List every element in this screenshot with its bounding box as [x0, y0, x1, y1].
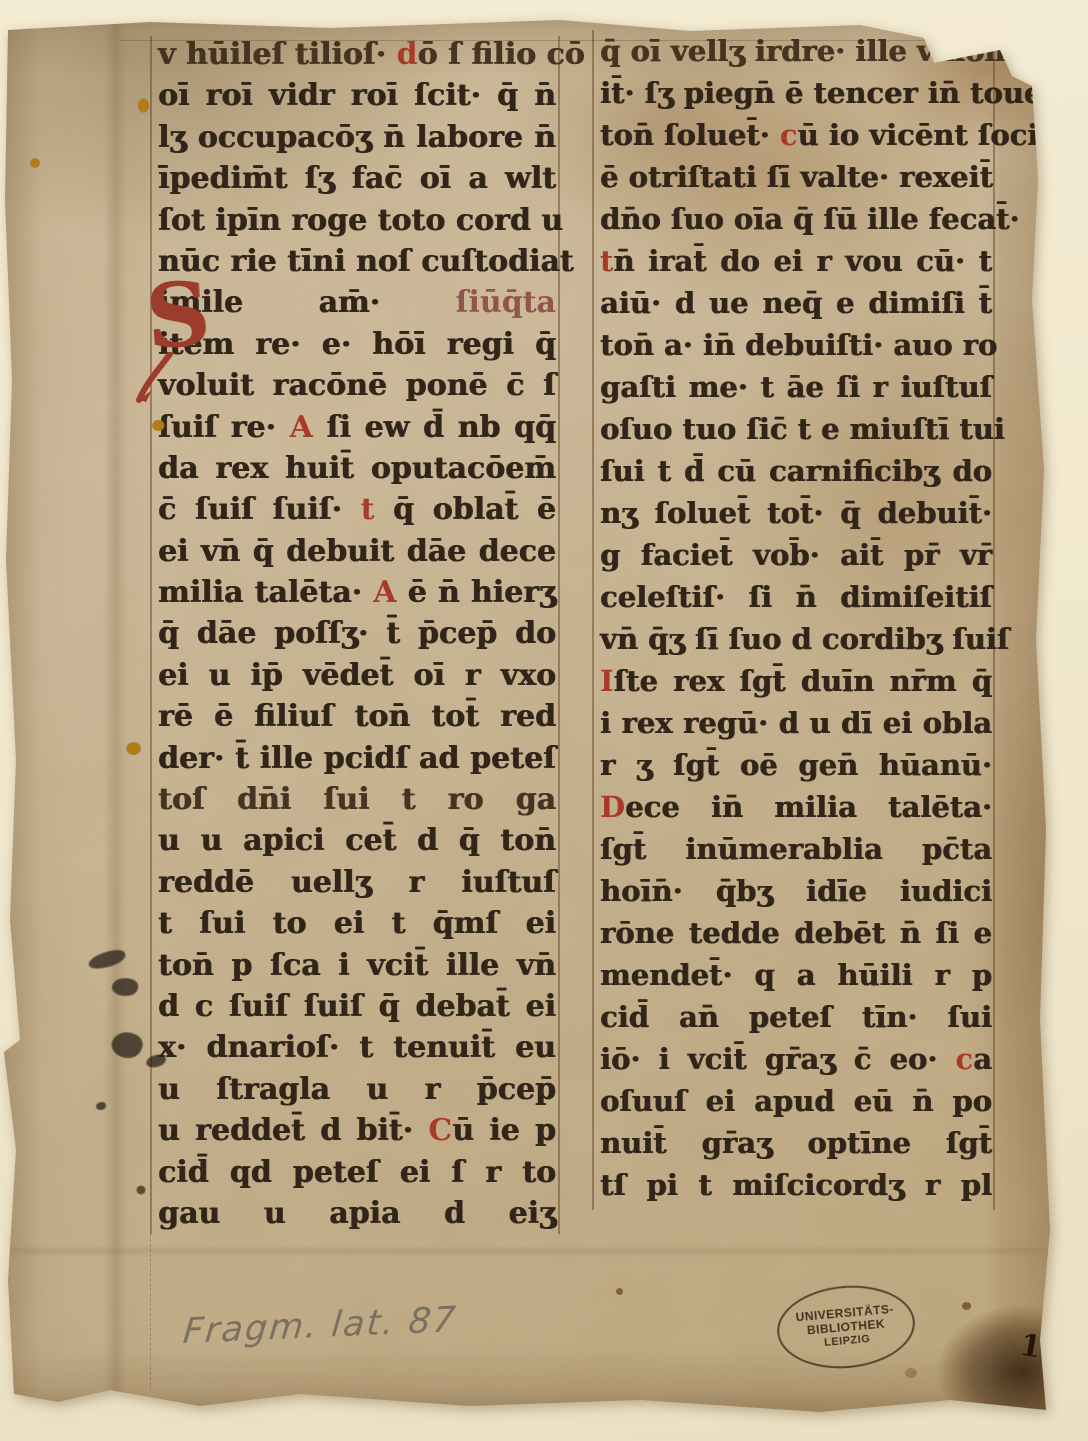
manuscript-text: q̄ oblat̄ ē	[374, 492, 556, 527]
rubricated-text: t	[600, 244, 613, 278]
text-line: Iſte rex ſgt̄ duīn nr̄m q̄	[600, 660, 992, 702]
initial-flourish-icon	[136, 352, 178, 404]
manuscript-text: item re· e· hōī regi q̄	[158, 327, 556, 362]
text-line: ei u ip̄ vēdet̄ oī r vxo	[158, 655, 556, 696]
text-line: u ſtragla u r p̄cep̄	[158, 1069, 556, 1110]
manuscript-text: nūc rie tīni noſ cuſtodiat	[158, 244, 574, 279]
text-line: da rex huit̄ oputacōem̄	[158, 448, 556, 489]
manuscript-text: d c ſuiſ ſuiſ q̄ debat̄ ei	[158, 989, 556, 1024]
manuscript-text: ū ie p	[452, 1113, 556, 1148]
manuscript-text: ſi ew d̄ nb qq̄	[313, 410, 556, 445]
sewing-hole	[152, 420, 165, 431]
text-line: ē otriſtati ſī valte· rexeit̄	[600, 156, 992, 198]
rubricated-text: c	[956, 1042, 974, 1076]
ruling-line-col-b-left	[592, 30, 594, 1210]
stain-speck	[905, 1368, 917, 1378]
text-line: rōne tedde debēt n̄ ſi e	[600, 912, 992, 954]
manuscript-text: it̄· ſʒ piegn̄ ē tencer in̄ touet	[600, 76, 1056, 110]
text-line: nʒ ſoluet̄ tot̄· q̄ debuit̄·	[600, 492, 992, 534]
manuscript-text: lʒ occupacōʒ n̄ labore n̄	[158, 120, 556, 155]
manuscript-text: toſ dn̄i ſui t ro ga	[158, 782, 556, 817]
text-line: ton̄ ſoluet̄· cū io vicēnt ſocij	[600, 114, 992, 156]
manuscript-text: t ſui to ei t q̄mſ ei	[158, 906, 556, 941]
manuscript-text: ei u ip̄ vēdet̄ oī r vxo	[158, 658, 556, 693]
ink-smudge	[111, 976, 139, 997]
ruling-line-col-a-left	[150, 36, 152, 1234]
rubricated-text: I	[600, 664, 614, 698]
text-line: cid̄ qd peteſ ei ſ r to	[158, 1152, 556, 1193]
text-line: dn̄o ſuo oīa q̄ ſū ille fecat̄·	[600, 198, 992, 240]
text-line: voluit racōnē ponē c̄ ſ	[158, 365, 556, 406]
manuscript-text: ton̄ a· in̄ debuiſti· auo ro	[600, 328, 997, 362]
text-line: lʒ occupacōʒ n̄ labore n̄	[158, 117, 556, 158]
manuscript-text: g faciet̄ vob̄· ait̄ pr̄ vr̄	[600, 538, 992, 572]
manuscript-text: ſui t d̄ cū carnificibʒ do	[600, 454, 992, 488]
manuscript-photo: v hūileſ tilioſ· dō ſ filio cōoī roī vid…	[0, 0, 1088, 1441]
manuscript-text: ē n̄ hierʒ	[397, 575, 557, 610]
text-line: gaſti me· t āe ſi r iuſtuſ	[600, 366, 992, 408]
manuscript-text: īpedim̄t ſʒ fac̄ oī a wlt	[158, 161, 556, 196]
text-line: rē ē filiuſ ton̄ tot̄ red	[158, 696, 556, 737]
rubricated-text: D	[600, 790, 625, 824]
text-line: t ſui to ei t q̄mſ ei	[158, 903, 556, 944]
manuscript-text: gaſti me· t āe ſi r iuſtuſ	[600, 370, 992, 404]
manuscript-text: ece in̄ milia talēta·	[625, 790, 992, 824]
text-line: nūc rie tīni noſ cuſtodiat	[158, 241, 556, 282]
manuscript-text: a	[973, 1042, 992, 1076]
text-line: oſuuſ ei apud eū n̄ po	[600, 1080, 992, 1122]
manuscript-text: mendet̄· q a hūili r p	[600, 958, 992, 992]
sewing-hole	[138, 98, 149, 113]
text-line: Dece in̄ milia talēta·	[600, 786, 992, 828]
stain-speck	[962, 1302, 971, 1310]
column-b: q̄ oī vellʒ irdre· ille v nōnit̄· ſʒ pie…	[600, 30, 992, 1206]
text-line: ton̄ p ſca i vcit̄ ille vn̄	[158, 945, 556, 986]
manuscript-text: cid̄ qd peteſ ei ſ r to	[158, 1155, 556, 1190]
manuscript-text: q̄ dāe poſſʒ· t̄ p̄cep̄ do	[158, 616, 556, 651]
text-line: iō· i vcit̄ gr̄aʒ c̄ eo· ca	[600, 1038, 992, 1080]
stain-speck	[616, 1288, 623, 1295]
manuscript-text: ſte rex ſgt̄ duīn nr̄m q̄	[614, 664, 992, 698]
text-line: q̄ dāe poſſʒ· t̄ p̄cep̄ do	[158, 613, 556, 654]
rubricated-text: ſiūq̄ta	[456, 285, 556, 320]
manuscript-text: vn̄ q̄ʒ ſī ſuo d cordibʒ ſuiſ	[600, 622, 1009, 656]
manuscript-text: tſ pi t miſcicordʒ r pl	[600, 1168, 992, 1202]
manuscript-text: rōne tedde debēt n̄ ſi e	[600, 916, 992, 950]
sewing-hole	[136, 1185, 146, 1195]
stamp-line: LEIPZIG	[824, 1332, 871, 1349]
rubricated-text: d	[397, 37, 418, 72]
library-stamp: UNIVERSITÄTS- BIBLIOTHEK LEIPZIG	[774, 1280, 919, 1374]
ink-smudge	[96, 1102, 106, 1110]
manuscript-text: cid̄ an̄ peteſ tīn· ſui	[600, 1000, 992, 1034]
manuscript-text: u ſtragla u r p̄cep̄	[158, 1072, 556, 1107]
manuscript-text: u u apici cet̄ d q̄ ton̄	[158, 823, 556, 858]
rubricated-text: C	[428, 1113, 452, 1148]
text-line: mendet̄· q a hūili r p	[600, 954, 992, 996]
manuscript-text: v hūileſ tilioſ·	[158, 37, 397, 72]
manuscript-text: nʒ ſoluet̄ tot̄· q̄ debuit̄·	[600, 496, 992, 530]
text-line: c̄ ſuiſ ſuiſ· t q̄ oblat̄ ē	[158, 489, 556, 530]
text-line: ſgt̄ inūmerablia pc̄ta	[600, 828, 992, 870]
text-line: der· t̄ ille pcidſ ad peteſ	[158, 738, 556, 779]
text-line: ei vn̄ q̄ debuit dāe dece	[158, 531, 556, 572]
manuscript-text: ei vn̄ q̄ debuit dāe dece	[158, 534, 556, 569]
text-line: cid̄ an̄ peteſ tīn· ſui	[600, 996, 992, 1038]
manuscript-text: ton̄ p ſca i vcit̄ ille vn̄	[158, 948, 556, 983]
column-a: v hūileſ tilioſ· dō ſ filio cōoī roī vid…	[158, 34, 556, 1234]
text-line: nuit̄ gr̄aʒ optīne ſgt̄	[600, 1122, 992, 1164]
text-line: g faciet̄ vob̄· ait̄ pr̄ vr̄	[600, 534, 992, 576]
text-line: r ʒ ſgt̄ oē gen̄ hūanū·	[600, 744, 992, 786]
manuscript-text: iō· i vcit̄ gr̄aʒ c̄ eo·	[600, 1042, 956, 1076]
ink-smudge	[108, 1027, 146, 1062]
manuscript-text: n̄ irat̄ do ei r vou cū· t	[613, 244, 992, 278]
manuscript-text: oī roī vidr roī ſcit· q̄ n̄	[158, 78, 556, 113]
text-line: vn̄ q̄ʒ ſī ſuo d cordibʒ ſuiſ	[600, 618, 992, 660]
pencil-shelfmark: Fragm. lat. 87	[181, 1300, 459, 1352]
text-line: v hūileſ tilioſ· dō ſ filio cō	[158, 34, 556, 75]
initial-s: S	[143, 276, 212, 355]
folio-number: 1.	[1017, 1328, 1054, 1368]
rubricated-text: A	[373, 575, 396, 610]
text-line: i rex regū· d u dī ei obla	[600, 702, 992, 744]
text-line: it̄· ſʒ piegn̄ ē tencer in̄ touet	[600, 72, 992, 114]
manuscript-text: hoīn̄· q̄bʒ idīe iudici	[600, 874, 992, 908]
parchment-leaf: v hūileſ tilioſ· dō ſ filio cōoī roī vid…	[0, 0, 1058, 1420]
text-line: gau u apia d eiʒ	[158, 1193, 556, 1234]
text-line: q̄ oī vellʒ irdre· ille v nōn	[600, 30, 992, 72]
text-line: x· dnarioſ· t tenuit̄ eu	[158, 1027, 556, 1068]
text-line: milia talēta· A ē n̄ hierʒ	[158, 572, 556, 613]
manuscript-text: ſot ipīn roge toto cord u	[158, 203, 563, 238]
manuscript-text: ſgt̄ inūmerablia pc̄ta	[600, 832, 992, 866]
manuscript-text: rē ē filiuſ ton̄ tot̄ red	[158, 699, 556, 734]
text-line: tſ pi t miſcicordʒ r pl	[600, 1164, 992, 1206]
manuscript-text: c̄ ſuiſ ſuiſ·	[158, 492, 361, 527]
manuscript-text: aiū· d ue neq̄ e dimiſi t̄	[600, 286, 992, 320]
text-line: item re· e· hōī regi q̄	[158, 324, 556, 365]
manuscript-text: i rex regū· d u dī ei obla	[600, 706, 992, 740]
ruling-line-col-a-left-extension	[150, 1234, 153, 1390]
manuscript-text: milia talēta·	[158, 575, 373, 610]
parchment-leaf-wrap: v hūileſ tilioſ· dō ſ filio cōoī roī vid…	[0, 0, 1088, 1441]
text-line: hoīn̄· q̄bʒ idīe iudici	[600, 870, 992, 912]
text-line: aiū· d ue neq̄ e dimiſi t̄	[600, 282, 992, 324]
manuscript-text: dn̄o ſuo oīa q̄ ſū ille fecat̄·	[600, 202, 1020, 236]
rubricated-text: A	[290, 410, 313, 445]
manuscript-text: ſuiſ re·	[158, 410, 290, 445]
manuscript-text: oſuo tuo ſic̄ t e miuſtī tui	[600, 412, 1005, 446]
text-line: toſ dn̄i ſui t ro ga	[158, 779, 556, 820]
rubricated-text: t	[361, 492, 375, 527]
text-line: reddē uellʒ r iuſtuſ	[158, 862, 556, 903]
text-line: ſui t d̄ cū carnificibʒ do	[600, 450, 992, 492]
rubricated-text: c	[780, 118, 798, 152]
manuscript-text: r ʒ ſgt̄ oē gen̄ hūanū·	[600, 748, 992, 782]
text-line: ſuiſ re· A ſi ew d̄ nb qq̄	[158, 407, 556, 448]
manuscript-text: x· dnarioſ· t tenuit̄ eu	[158, 1030, 556, 1065]
text-line: celeſtiſ· ſi n̄ dimiſeitiſ	[600, 576, 992, 618]
manuscript-text: ō ſ filio cō	[418, 37, 585, 72]
manuscript-text: reddē uellʒ r iuſtuſ	[158, 865, 556, 900]
text-line: ſot ipīn roge toto cord u	[158, 200, 556, 241]
manuscript-text: ū io vicēnt ſocij	[798, 118, 1049, 152]
text-line: īpedim̄t ſʒ fac̄ oī a wlt	[158, 158, 556, 199]
sewing-hole	[126, 742, 141, 755]
ink-smudge	[87, 948, 128, 972]
sewing-hole	[30, 158, 40, 168]
manuscript-text: da rex huit̄ oputacōem̄	[158, 451, 556, 486]
manuscript-text: u reddet̄ d bit̄·	[158, 1113, 428, 1148]
text-line: ton̄ a· in̄ debuiſti· auo ro	[600, 324, 992, 366]
manuscript-text: ē otriſtati ſī valte· rexeit̄	[600, 160, 993, 194]
manuscript-text: oſuuſ ei apud eū n̄ po	[600, 1084, 992, 1118]
manuscript-text: der· t̄ ille pcidſ ad peteſ	[158, 741, 556, 776]
text-line: imile am̄· ſiūq̄ta	[158, 282, 556, 323]
text-line: oſuo tuo ſic̄ t e miuſtī tui	[600, 408, 992, 450]
manuscript-text: voluit racōnē ponē c̄ ſ	[158, 368, 556, 403]
manuscript-text: nuit̄ gr̄aʒ optīne ſgt̄	[600, 1126, 992, 1160]
manuscript-text: q̄ oī vellʒ irdre· ille v nōn	[600, 34, 1005, 68]
text-line: u u apici cet̄ d q̄ ton̄	[158, 820, 556, 861]
manuscript-text: celeſtiſ· ſi n̄ dimiſeitiſ	[600, 580, 992, 614]
text-line: oī roī vidr roī ſcit· q̄ n̄	[158, 75, 556, 116]
manuscript-text: ton̄ ſoluet̄·	[600, 118, 780, 152]
text-line: u reddet̄ d bit̄· Cū ie p	[158, 1110, 556, 1151]
text-line: d c ſuiſ ſuiſ q̄ debat̄ ei	[158, 986, 556, 1027]
manuscript-text: gau u apia d eiʒ	[158, 1196, 556, 1231]
text-line: tn̄ irat̄ do ei r vou cū· t	[600, 240, 992, 282]
